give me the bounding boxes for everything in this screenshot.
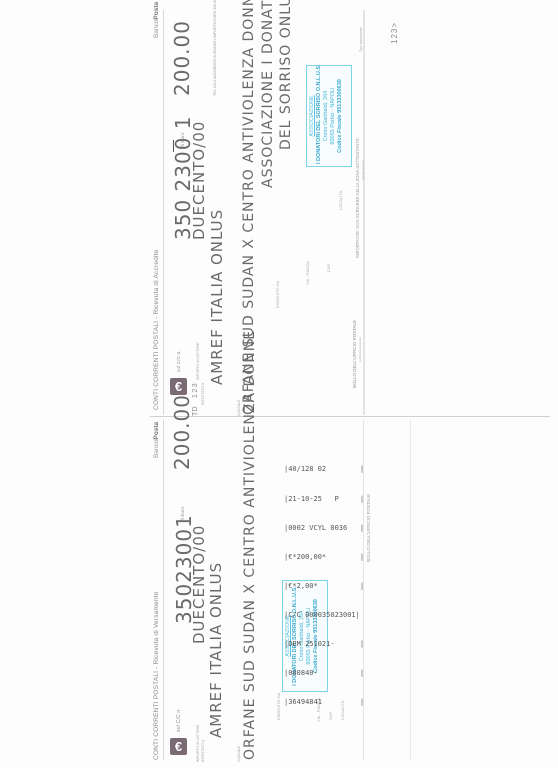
amount-words: DUECENTO/00 <box>190 525 208 644</box>
receipt-printout: |40/128 02 | |21-10-25 P | |0002 VCYL 00… <box>284 446 364 727</box>
notice-text: IMPORTANTE: NON SCRIVERE NELLA ZONA SOTT… <box>355 138 360 258</box>
office-stamp-label: BOLLO DELL'UFFICIO POSTALE <box>366 494 371 562</box>
receipt-line: |0002 VCYL 0036 | <box>284 524 364 534</box>
amount-words: DUECENTO/00 <box>190 121 208 240</box>
payee: AMREF ITALIA ONLUS <box>208 209 226 385</box>
executed-by-label: ESEGUITO DA <box>276 693 281 720</box>
account-label: sul C/C n. <box>176 708 182 732</box>
top-header-text: TD1 123 0 ACCREDITO A 35023001 IMPORTO E… <box>213 0 217 96</box>
page-marker: 123> <box>390 22 399 44</box>
slip-title: CONTI CORRENTI POSTALI - Ricevuta di Ver… <box>153 591 160 760</box>
reason-line-1: ORFANE SUD SUDAN X CENTRO ANTIVIOLENZA D… <box>242 330 258 760</box>
amount: 200.00 <box>170 20 194 96</box>
slip-accredito: CONTI CORRENTI POSTALI - Ricevuta di Acc… <box>150 0 370 420</box>
currency-label: di Euro <box>180 132 185 148</box>
scanned-page: CONTI CORRENTI POSTALI - Ricevuta di Acc… <box>0 0 558 768</box>
reason-line-2: ASSOCIAZIONE I DONATORI <box>260 0 276 188</box>
currency-label: di Euro <box>180 506 185 522</box>
amount: 200.00 <box>170 394 194 470</box>
amount-words-label: IMPORTO IN LETTERE <box>196 343 200 380</box>
brand-logo: BancoPosta <box>153 2 160 38</box>
slip-title: CONTI CORRENTI POSTALI - Ricevuta di Acc… <box>153 250 160 410</box>
account-label: sul C/C n. <box>176 350 181 372</box>
receipt-line: |40/128 02 | <box>284 465 364 475</box>
amount-words-label: IMPORTO IN LETTERE <box>196 725 200 762</box>
receipt-line: |C/C 000035023001| <box>284 611 364 621</box>
euro-icon: € <box>170 738 187 755</box>
receipt-line: |36494841 | <box>284 698 364 708</box>
payee-label: INTESTATO A <box>201 383 205 405</box>
street-label: VIA - PIAZZA <box>305 261 310 285</box>
doc-type-label: Tipo documento <box>359 27 363 52</box>
cap-label: CAP <box>326 264 331 272</box>
receipt-line: |DEM 251021- | <box>284 640 364 650</box>
payee-label: INTESTATO A <box>201 740 205 762</box>
office-stamp-sub: codice bancoposta <box>358 337 362 362</box>
receipt-line: |21-10-25 P | <box>284 495 364 505</box>
payee: AMREF ITALIA ONLUS <box>207 562 225 738</box>
euro-icon: € <box>170 378 187 395</box>
locality-label: LOCALITÀ <box>338 191 343 210</box>
brand-logo: BancoPosta <box>153 422 160 458</box>
receipt-line: |€*2,00* | <box>284 582 364 592</box>
reason-label: CAUSALE <box>237 746 241 762</box>
receipt-line: |080840- | <box>284 669 364 679</box>
office-stamp-label: BOLLO DELL'UFFICIO POSTALE <box>352 320 357 388</box>
executed-by-label: ESEGUITO DA <box>275 281 280 308</box>
reason-line-3: DEL SORRISO ONLUS <box>278 0 294 150</box>
receipt-line: |€*200,00* | <box>284 553 364 563</box>
association-stamp: ASSOCIAZIONE I DONATORI DEL SORRISO O.N.… <box>306 65 352 167</box>
